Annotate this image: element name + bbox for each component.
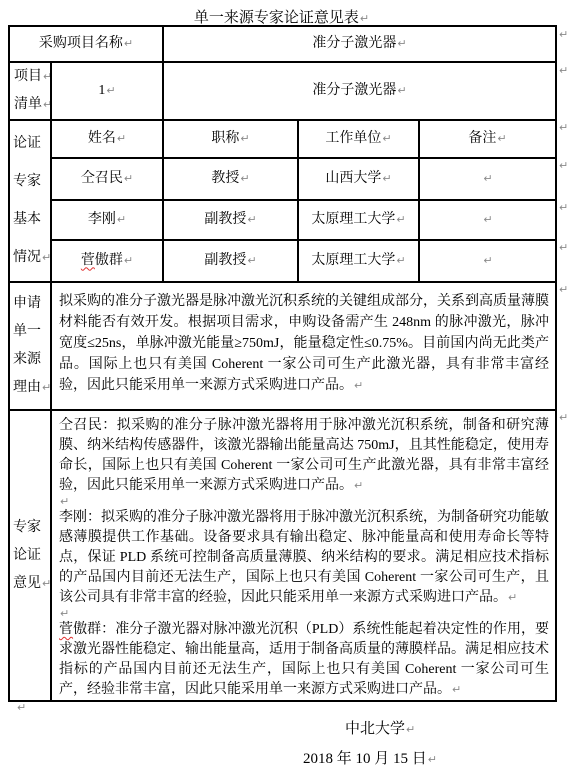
paragraph-mark: ↵ <box>240 172 249 187</box>
paragraph-mark: ↵ <box>106 84 115 99</box>
paragraph-mark: ↵ <box>406 723 415 736</box>
table-row-expert-2: 李刚↵ 副教授↵ 太原理工大学↵ ↵ <box>9 200 556 240</box>
expert-note-cell: ↵ <box>419 200 556 240</box>
paragraph-mark: ↵ <box>508 588 517 608</box>
expert-title: 副教授 <box>204 253 246 268</box>
empty-paragraph: ↵ <box>59 608 549 620</box>
project-list-index: 1 <box>98 83 105 98</box>
paragraph-mark: ↵ <box>382 172 391 187</box>
label-line: 项目 <box>14 69 42 84</box>
expert-title: 副教授 <box>204 212 246 227</box>
label-line: 意见 <box>13 576 41 591</box>
paragraph-mark: ↵ <box>354 476 363 496</box>
table-row-opinions: 专家 论证 意见↵ 仝召民：拟采购的准分子脉冲激光器将用于脉冲激光沉积系统，制备… <box>9 410 556 701</box>
expert-org: 太原理工大学 <box>311 253 395 268</box>
expert-title-cell: 副教授↵ <box>163 240 298 282</box>
end-of-row-mark: ↵ <box>559 28 568 41</box>
label-line: 来源 <box>13 352 41 367</box>
reason-text: 拟采购的准分子激光器是脉冲激光沉积系统的关键组成部分，关系到高质量薄膜材料能否有… <box>59 294 549 393</box>
reason-label: 申请 单一 来源 理由↵ <box>10 290 50 402</box>
label-line: 论证 <box>13 136 41 151</box>
opinion-paragraph-3: 菅傲群：准分子激光器对脉冲激光沉积（PLD）系统性能起着决定性的作用，要求激光器… <box>59 620 549 700</box>
form-table: 采购项目名称↵ 准分子激光器↵ 项目↵ 清单↵ 1↵ 准分子激光器↵ 论证 专家… <box>8 25 557 702</box>
paragraph-mark: ↵ <box>354 375 363 396</box>
label-line: 清单 <box>14 97 42 112</box>
expert-name-cell: 李刚↵ <box>51 200 163 240</box>
project-list-label: 项目↵ 清单↵ <box>10 63 50 119</box>
project-name-label: 采购项目名称 <box>39 36 123 51</box>
label-line: 基本 <box>13 212 41 227</box>
expert-org: 太原理工大学 <box>311 212 395 227</box>
expert-name-cell: 仝召民↵ <box>51 158 163 200</box>
project-list-item: 准分子激光器 <box>312 83 396 98</box>
expert-name-misspelled: 菅 <box>81 253 95 268</box>
expert-org-cell: 山西大学↵ <box>298 158 419 200</box>
table-row-reason: 申请 单一 来源 理由↵ 拟采购的准分子激光器是脉冲激光沉积系统的关键组成部分，… <box>9 282 556 410</box>
expert-org-cell: 太原理工大学↵ <box>298 200 419 240</box>
paragraph-mark: ↵ <box>42 374 51 402</box>
paragraph-mark: ↵ <box>42 239 51 277</box>
paragraph-mark: ↵ <box>397 84 406 99</box>
expert-org: 山西大学 <box>325 171 381 186</box>
project-name-value-cell: 准分子激光器↵ <box>163 26 556 62</box>
paragraph-mark: ↵ <box>382 132 391 147</box>
expert-name: 傲群 <box>95 253 123 268</box>
opinion-paragraph-1: 仝召民：拟采购的准分子脉冲激光器将用于脉冲激光沉积系统，制备和研究薄膜、纳米结构… <box>59 416 549 496</box>
paragraph-mark: ↵ <box>483 254 492 269</box>
column-header-note: 备注↵ <box>419 120 556 158</box>
table-row-expert-1: 仝召民↵ 教授↵ 山西大学↵ ↵ <box>9 158 556 200</box>
paragraph-mark: ↵ <box>17 701 26 714</box>
opinion-text-misspelled: 菅 <box>59 622 73 637</box>
expert-name-cell: 菅傲群↵ <box>51 240 163 282</box>
header-text: 姓名 <box>88 131 116 146</box>
project-list-item-cell: 准分子激光器↵ <box>163 62 556 120</box>
paragraph-mark: ↵ <box>360 12 369 25</box>
opinions-text-cell: 仝召民：拟采购的准分子脉冲激光器将用于脉冲激光沉积系统，制备和研究薄膜、纳米结构… <box>51 410 556 701</box>
paragraph-mark: ↵ <box>124 172 133 187</box>
document-title-text: 单一来源专家论证意见表 <box>194 10 359 26</box>
signature-date: 2018 年 10 月 15 日↵ <box>303 747 437 768</box>
label-line: 申请 <box>13 296 41 311</box>
label-line: 理由 <box>13 380 41 395</box>
opinions-label-cell: 专家 论证 意见↵ <box>9 410 51 701</box>
end-of-row-mark: ↵ <box>559 64 568 77</box>
expert-note-cell: ↵ <box>419 158 556 200</box>
table-row-project-list: 项目↵ 清单↵ 1↵ 准分子激光器↵ <box>9 62 556 120</box>
organization-name: 中北大学 <box>345 721 405 737</box>
column-header-title: 职称↵ <box>163 120 298 158</box>
header-text: 备注 <box>468 131 496 146</box>
reason-paragraph: 拟采购的准分子激光器是脉冲激光沉积系统的关键组成部分，关系到高质量薄膜材料能否有… <box>59 291 549 396</box>
opinion-text: 李刚：拟采购的准分子脉冲激光器将用于脉冲激光沉积系统，为制备研究功能敏感薄膜提供… <box>59 510 549 605</box>
paragraph-mark: ↵ <box>497 132 506 147</box>
table-row-expert-3: 菅傲群↵ 副教授↵ 太原理工大学↵ ↵ <box>9 240 556 282</box>
reason-label-cell: 申请 单一 来源 理由↵ <box>9 282 51 410</box>
expert-title-cell: 教授↵ <box>163 158 298 200</box>
paragraph-mark: ↵ <box>60 496 69 508</box>
project-name-label-cell: 采购项目名称↵ <box>9 26 163 62</box>
paragraph-mark: ↵ <box>247 254 256 269</box>
paragraph-mark: ↵ <box>124 254 133 269</box>
paragraph-mark: ↵ <box>483 213 492 228</box>
paragraph-mark: ↵ <box>124 37 133 52</box>
empty-paragraph: ↵ <box>59 496 549 508</box>
end-of-row-mark: ↵ <box>559 201 568 214</box>
end-of-row-mark: ↵ <box>559 411 568 424</box>
paragraph-mark: ↵ <box>60 608 69 620</box>
paragraph-mark: ↵ <box>240 132 249 147</box>
label-line: 专家 <box>13 520 41 535</box>
expert-note-cell: ↵ <box>419 240 556 282</box>
paragraph-mark: ↵ <box>117 213 126 228</box>
end-of-row-mark: ↵ <box>559 241 568 254</box>
document-page: 单一来源专家论证意见表↵ 采购项目名称↵ 准分子激光器↵ 项目↵ 清单↵ 1↵ … <box>0 0 577 769</box>
expert-name: 仝召民 <box>81 171 123 186</box>
label-line: 专家 <box>13 174 41 189</box>
project-list-index-cell: 1↵ <box>51 62 163 120</box>
document-title: 单一来源专家论证意见表↵ <box>8 6 555 27</box>
paragraph-mark: ↵ <box>397 37 406 52</box>
end-of-row-mark: ↵ <box>559 121 568 134</box>
label-line: 情况 <box>13 250 41 265</box>
paragraph-mark: ↵ <box>42 570 51 598</box>
date-text: 2018 年 10 月 15 日 <box>303 751 427 767</box>
paragraph-mark: ↵ <box>396 213 405 228</box>
paragraph-mark: ↵ <box>117 132 126 147</box>
experts-section-label-cell: 论证 专家 基本 情况↵ <box>9 120 51 282</box>
column-header-name: 姓名↵ <box>51 120 163 158</box>
paragraph-mark: ↵ <box>43 91 51 119</box>
end-of-row-mark: ↵ <box>559 283 568 296</box>
project-name-value: 准分子激光器 <box>312 36 396 51</box>
expert-title-cell: 副教授↵ <box>163 200 298 240</box>
paragraph-mark: ↵ <box>428 753 437 766</box>
opinions-label: 专家 论证 意见↵ <box>10 514 50 598</box>
table-row-experts-header: 论证 专家 基本 情况↵ 姓名↵ 职称↵ 工作单位↵ 备注↵ <box>9 120 556 158</box>
paragraph-mark: ↵ <box>43 63 51 91</box>
opinion-paragraph-2: 李刚：拟采购的准分子脉冲激光器将用于脉冲激光沉积系统，为制备研究功能敏感薄膜提供… <box>59 508 549 608</box>
label-line: 单一 <box>13 324 41 339</box>
expert-org-cell: 太原理工大学↵ <box>298 240 419 282</box>
reason-text-cell: 拟采购的准分子激光器是脉冲激光沉积系统的关键组成部分，关系到高质量薄膜材料能否有… <box>51 282 556 410</box>
paragraph-mark: ↵ <box>396 254 405 269</box>
label-line: 论证 <box>13 548 41 563</box>
signature-organization: 中北大学↵ <box>345 717 415 738</box>
expert-title: 教授 <box>211 171 239 186</box>
expert-name: 李刚 <box>88 212 116 227</box>
header-text: 职称 <box>211 131 239 146</box>
table-row-project-name: 采购项目名称↵ 准分子激光器↵ <box>9 26 556 62</box>
experts-section-label: 论证 专家 基本 情况↵ <box>10 125 50 277</box>
paragraph-mark: ↵ <box>483 172 492 187</box>
opinion-text: 仝召民：拟采购的准分子脉冲激光器将用于脉冲激光沉积系统，制备和研究薄膜、纳米结构… <box>59 418 549 493</box>
opinion-text: 傲群：准分子激光器对脉冲激光沉积（PLD）系统性能起着决定性的作用，要求激光器性… <box>59 622 549 697</box>
paragraph-mark: ↵ <box>452 680 461 700</box>
project-list-label-cell: 项目↵ 清单↵ <box>9 62 51 120</box>
header-text: 工作单位 <box>325 131 381 146</box>
paragraph-mark: ↵ <box>247 213 256 228</box>
end-of-row-mark: ↵ <box>559 159 568 172</box>
column-header-workunit: 工作单位↵ <box>298 120 419 158</box>
